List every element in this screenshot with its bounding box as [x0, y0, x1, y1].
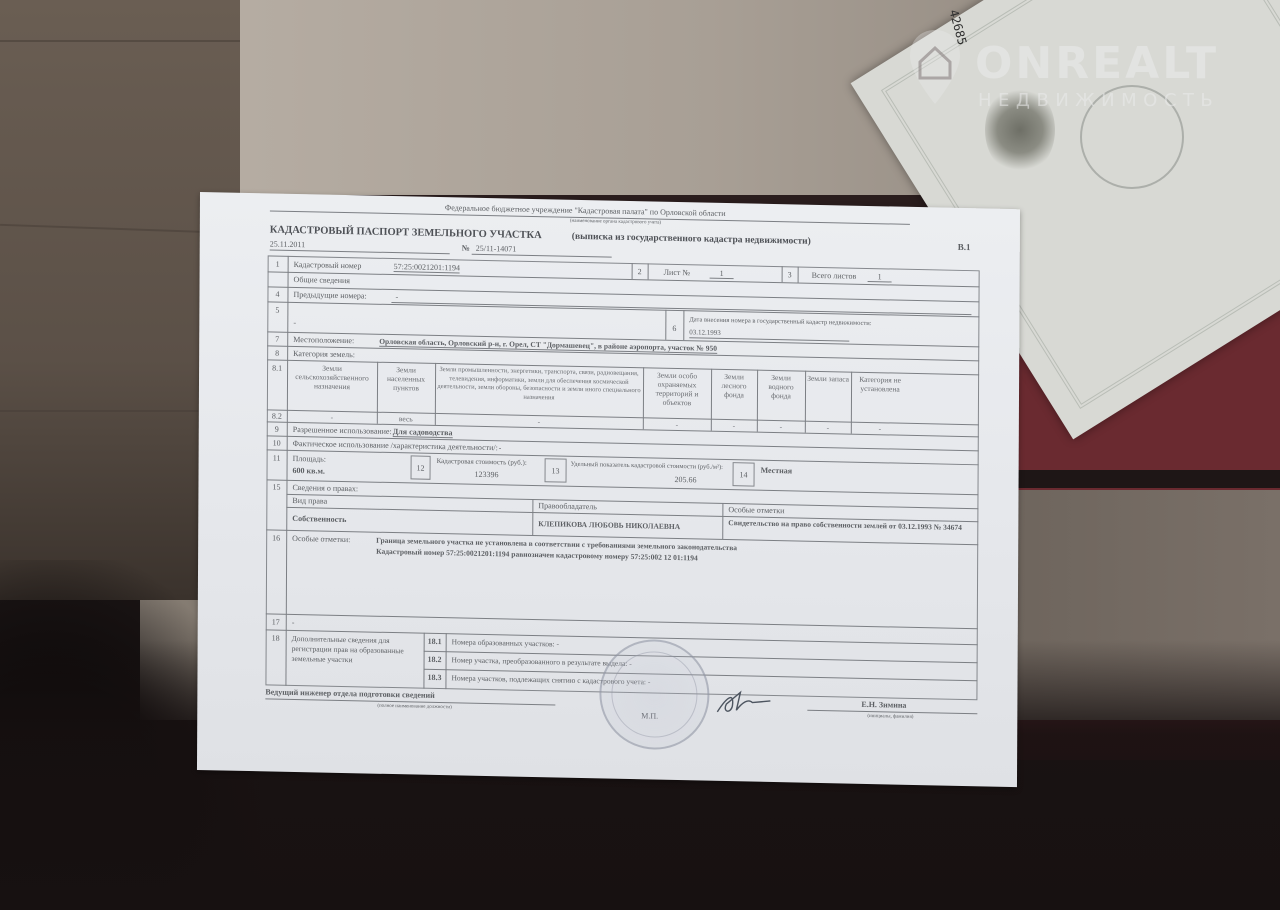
- cadastral-type: Местная: [761, 466, 793, 476]
- row-number: 18.3: [423, 673, 445, 682]
- land-category-header: Земли особо охраняемых территорий и объе…: [645, 370, 709, 407]
- document-number: 25/11-14071: [476, 244, 517, 254]
- row-number: 11: [267, 453, 287, 462]
- land-category-value: -: [853, 424, 907, 434]
- rights-header-type: Вид права: [292, 496, 327, 506]
- cadastral-passport-sheet: Федеральное бюджетное учреждение "Кадаст…: [197, 192, 1020, 787]
- row-number: 17: [266, 617, 286, 626]
- row-number: 1: [268, 259, 288, 268]
- row-number: 12: [411, 463, 431, 472]
- row-number: 8.2: [267, 411, 287, 420]
- land-category-header: Земли населенных пунктов: [379, 365, 433, 393]
- official-stamp: М.П.: [599, 638, 710, 750]
- land-category-value: весь: [379, 414, 433, 424]
- row-5-value: -: [293, 318, 296, 327]
- cell-line: [532, 499, 533, 535]
- signer-caption: (инициалы, фамилия): [867, 714, 913, 720]
- land-category-label: Категория земель:: [293, 349, 355, 359]
- row-number: 18: [266, 633, 286, 642]
- total-sheets-label: Всего листов: [812, 271, 857, 281]
- row-number: 9: [267, 424, 287, 433]
- house-pin-icon: [908, 28, 962, 108]
- rug-band: [1010, 470, 1280, 488]
- row-number: 7: [267, 334, 287, 343]
- cell-line: [683, 310, 684, 340]
- row-number: 8: [267, 348, 287, 357]
- cell-line: [648, 263, 649, 279]
- position-caption: (полное наименование должности): [377, 704, 451, 711]
- right-type: Собственность: [292, 514, 346, 524]
- signer-name: Е.Н. Зимина: [861, 700, 906, 710]
- row-number: 13: [545, 466, 567, 475]
- registration-date: 03.12.1993: [689, 328, 721, 337]
- row-number: 10: [267, 438, 287, 447]
- specific-value: 205.66: [675, 475, 697, 484]
- cadastral-number-label: Кадастровый номер: [294, 260, 362, 270]
- land-category-value: -: [759, 422, 803, 432]
- signature: [712, 688, 782, 719]
- cell-line: [798, 267, 799, 283]
- row-number: 2: [632, 267, 648, 276]
- watermark: ONREALT НЕДВИЖИМОСТЬ: [900, 28, 1260, 118]
- row-number: 4: [267, 289, 287, 298]
- previous-numbers: -: [395, 292, 398, 301]
- watermark-brand: ONREALT: [975, 38, 1219, 89]
- underline: [270, 249, 450, 254]
- cadastral-number: 57:25:0021201:1194: [394, 262, 460, 273]
- row-number: 14: [733, 470, 755, 479]
- land-category-header: Земли промышленности, энергетики, трансп…: [437, 366, 641, 404]
- passport-table: [265, 255, 979, 700]
- area: 600 кв.м.: [293, 466, 325, 476]
- row-number: 3: [782, 270, 798, 279]
- row-number: 18.2: [424, 655, 446, 664]
- land-category-header: Земли лесного фонда: [713, 372, 755, 400]
- land-category-header: Земли водного фонда: [759, 373, 803, 401]
- rights-header-notes: Особые отметки: [728, 505, 784, 515]
- row-number: 5: [267, 305, 287, 314]
- floor-plank: [0, 40, 240, 42]
- total-sheets: 1: [868, 272, 892, 283]
- row-number: 8.1: [267, 363, 287, 372]
- row-number: 16: [266, 533, 286, 542]
- land-category-value: -: [289, 412, 375, 423]
- watermark-subtitle: НЕДВИЖИМОСТЬ: [978, 90, 1219, 111]
- underline: [472, 254, 612, 258]
- row-17-value: -: [292, 618, 295, 627]
- location-label: Местоположение:: [293, 335, 354, 345]
- land-category-value: -: [713, 421, 755, 431]
- permitted-use: Для садоводства: [393, 427, 453, 438]
- row-number: 18.1: [424, 637, 446, 646]
- rights-header-holder: Правообладатель: [538, 501, 597, 511]
- land-category-header: Категория не установлена: [853, 375, 907, 394]
- sheet-number: 1: [710, 269, 734, 280]
- general-info-label: Общие сведения: [294, 275, 350, 285]
- issuer-caption: (наименование органа кадастрового учета): [570, 219, 661, 226]
- row-number: 6: [665, 324, 683, 333]
- additional-info-label: Дополнительные сведения для регистрации …: [292, 634, 422, 667]
- rights-label: Сведения о правах:: [292, 483, 358, 493]
- sheet-number-label: Лист №: [664, 268, 690, 278]
- stamp-text: М.П.: [641, 711, 658, 720]
- land-category-header: Земли сельскохозяйственного назначения: [289, 363, 375, 392]
- document-title: КАДАСТРОВЫЙ ПАСПОРТ ЗЕМЕЛЬНОГО УЧАСТКА: [270, 224, 542, 241]
- previous-numbers-label: Предыдущие номера:: [293, 290, 366, 301]
- cadastral-value: 123396: [475, 470, 499, 480]
- row-number: 15: [266, 482, 286, 491]
- area-label: Площадь:: [293, 454, 326, 464]
- number-label: №: [462, 243, 470, 252]
- photo-scene: 42685 Федеральное бюджетное учреждение "…: [0, 0, 1280, 910]
- special-notes-label: Особые отметки:: [292, 534, 350, 544]
- land-category-value: -: [645, 419, 709, 429]
- land-category-value: -: [807, 423, 849, 433]
- cell-line: [722, 503, 723, 539]
- actual-use: -: [499, 443, 502, 452]
- document-title-sub: (выписка из государственного кадастра не…: [572, 232, 811, 247]
- form-code: В.1: [958, 242, 971, 252]
- land-category-header: Земли запаса: [807, 374, 849, 384]
- issue-date: 25.11.2011: [270, 239, 305, 249]
